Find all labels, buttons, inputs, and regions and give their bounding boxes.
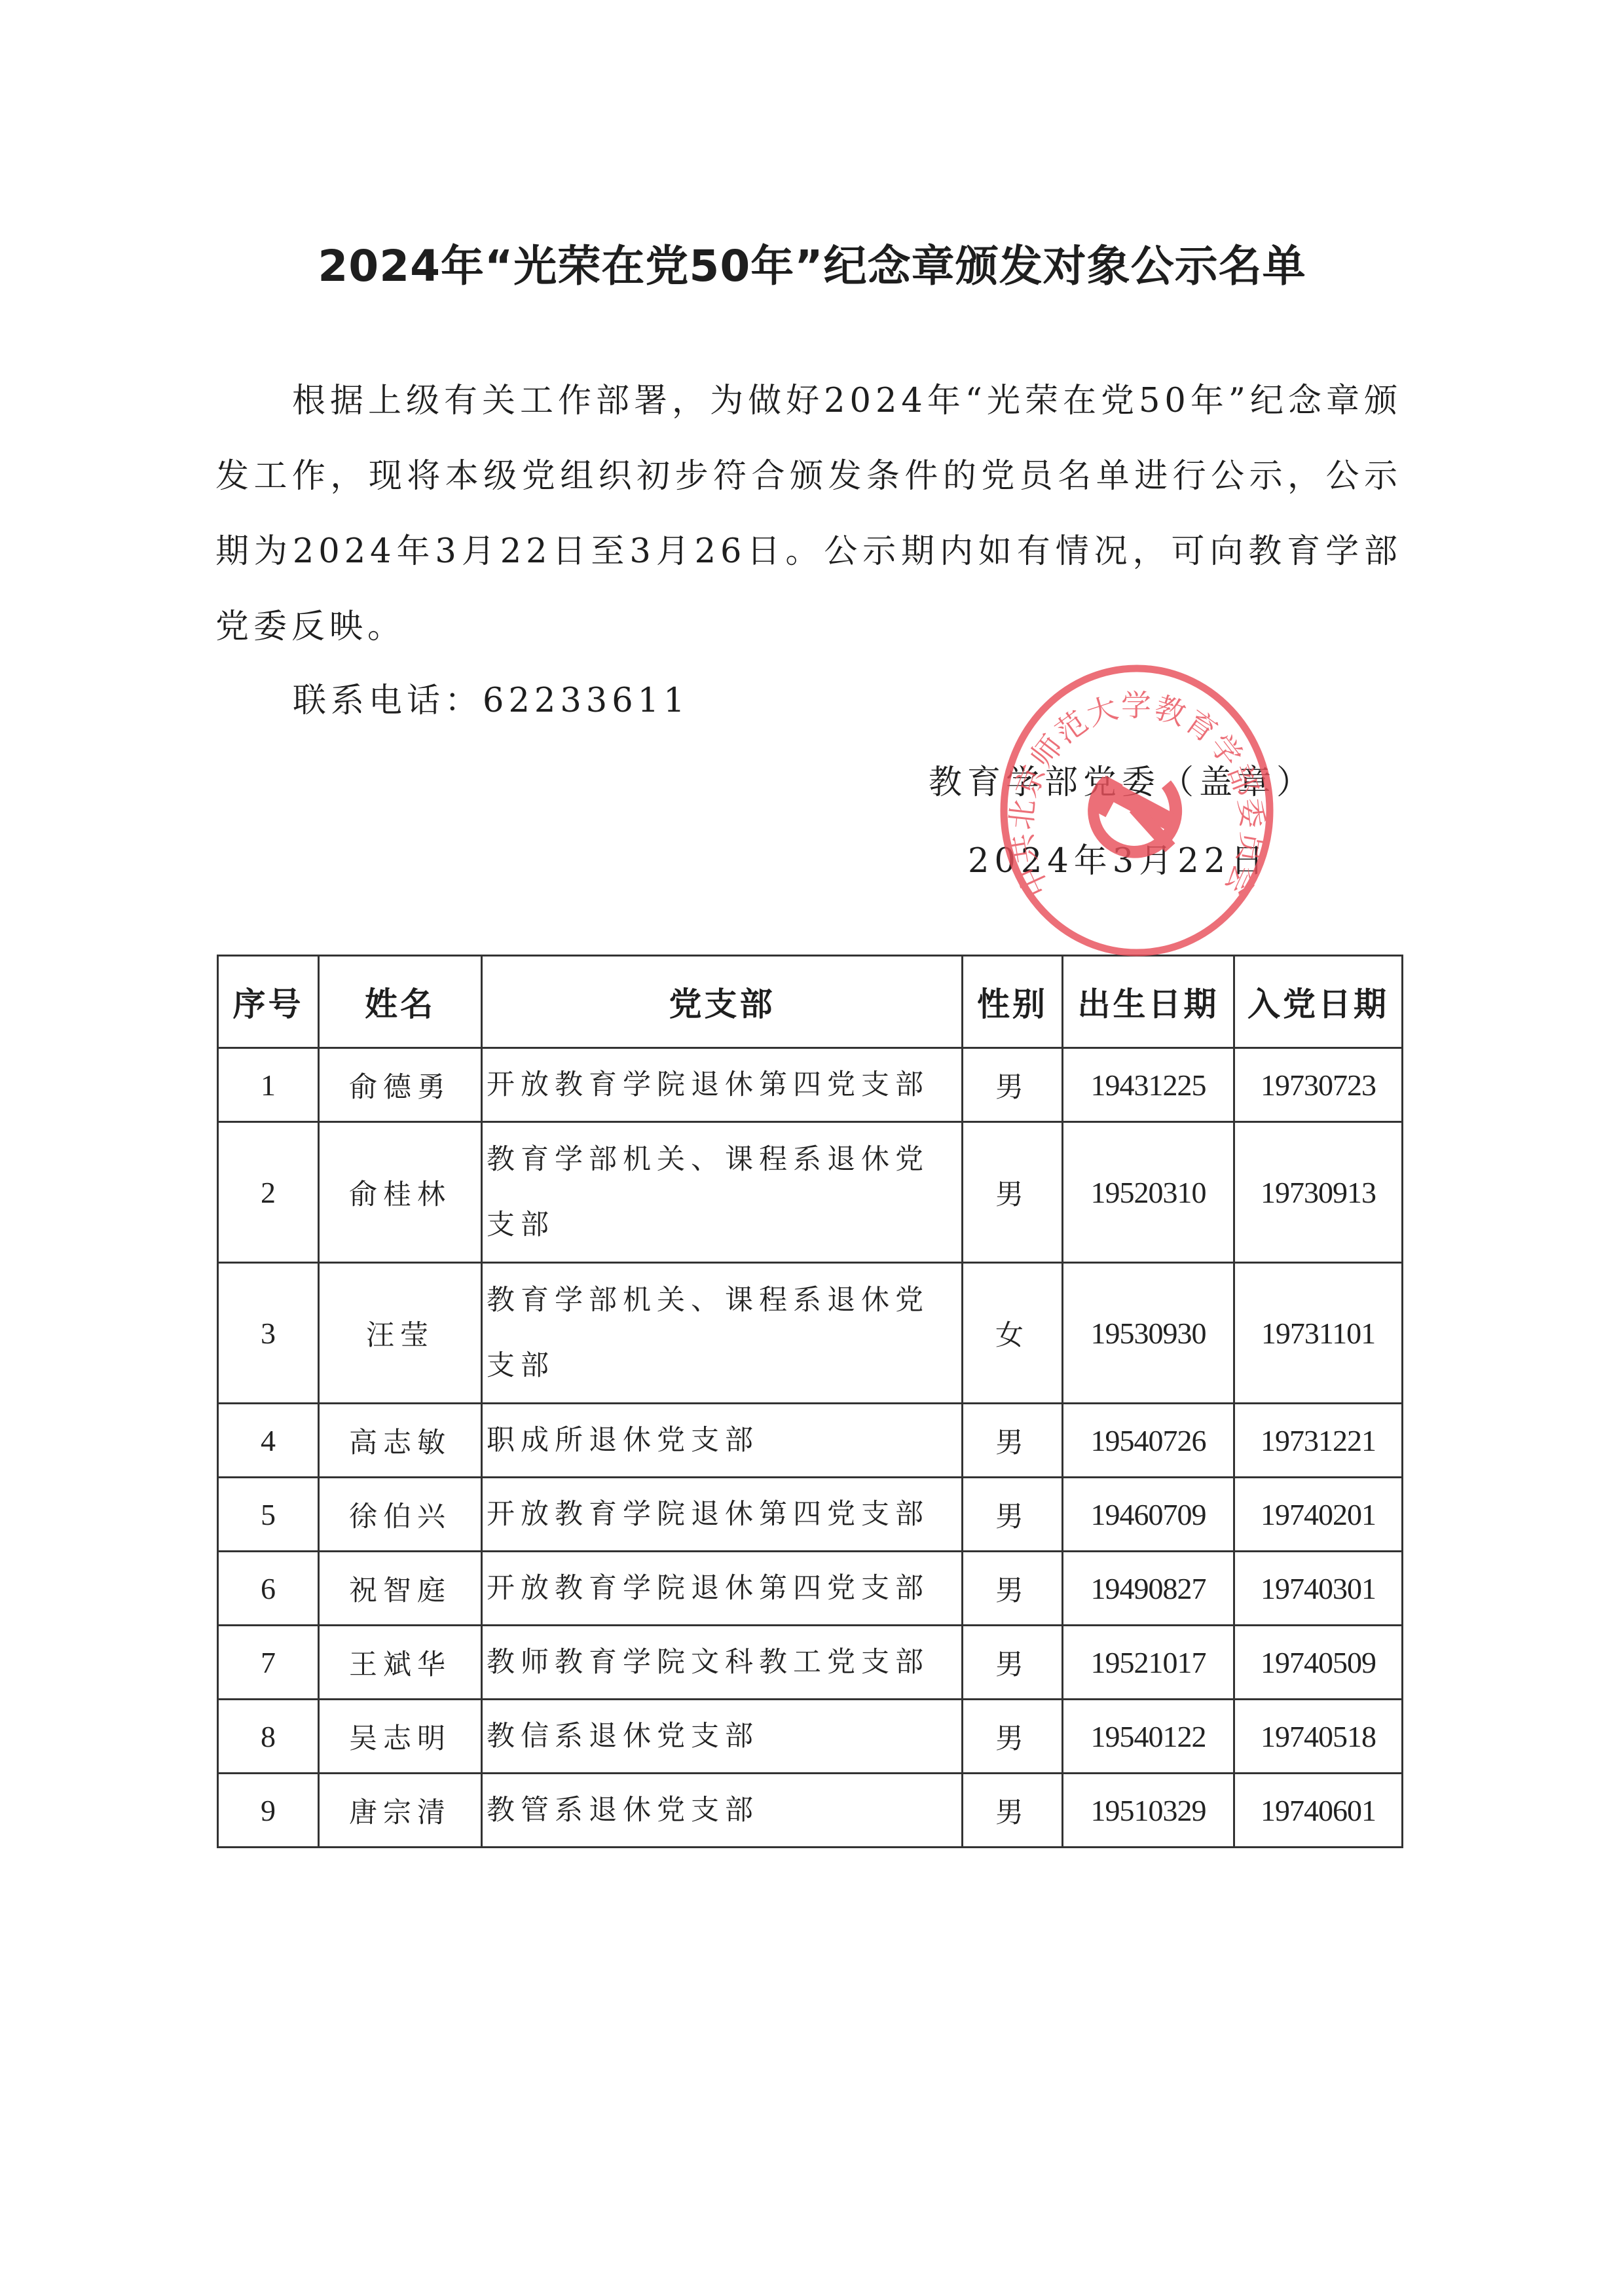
- cell-name: 高志敏: [319, 1404, 482, 1478]
- cell-join-date: 19740509: [1234, 1626, 1403, 1700]
- cell-join-date: 19731101: [1234, 1263, 1403, 1404]
- cell-index: 6: [218, 1552, 319, 1626]
- cell-index: 8: [218, 1700, 319, 1774]
- document-title: 2024年“光荣在党50年”纪念章颁发对象公示名单: [0, 237, 1624, 296]
- cell-birth-date: 19431225: [1063, 1048, 1234, 1122]
- cell-gender: 男: [963, 1626, 1063, 1700]
- cell-branch: 教育学部机关、课程系退休党支部: [482, 1122, 963, 1263]
- cell-birth-date: 19520310: [1063, 1122, 1234, 1263]
- cell-index: 7: [218, 1626, 319, 1700]
- cell-index: 2: [218, 1122, 319, 1263]
- table-row: 9 唐宗清 教管系退休党支部 男 19510329 19740601: [218, 1774, 1403, 1848]
- table-row: 6 祝智庭 开放教育学院退休第四党支部 男 19490827 19740301: [218, 1552, 1403, 1626]
- cell-name: 俞桂林: [319, 1122, 482, 1263]
- cell-name: 王斌华: [319, 1626, 482, 1700]
- cell-gender: 男: [963, 1774, 1063, 1848]
- table-row: 8 吴志明 教信系退休党支部 男 19540122 19740518: [218, 1700, 1403, 1774]
- cell-gender: 男: [963, 1700, 1063, 1774]
- signature-organization: 教育学部党委（盖章）: [929, 745, 1315, 820]
- cell-join-date: 19740601: [1234, 1774, 1403, 1848]
- cell-branch: 教育学部机关、课程系退休党支部: [482, 1263, 963, 1404]
- cell-join-date: 19731221: [1234, 1404, 1403, 1478]
- cell-gender: 男: [963, 1048, 1063, 1122]
- cell-birth-date: 19490827: [1063, 1552, 1234, 1626]
- cell-name: 徐伯兴: [319, 1478, 482, 1552]
- cell-gender: 男: [963, 1404, 1063, 1478]
- cell-index: 3: [218, 1263, 319, 1404]
- header-gender: 性别: [963, 956, 1063, 1048]
- cell-join-date: 19730913: [1234, 1122, 1403, 1263]
- cell-gender: 女: [963, 1263, 1063, 1404]
- table-row: 1 俞德勇 开放教育学院退休第四党支部 男 19431225 19730723: [218, 1048, 1403, 1122]
- table-row: 4 高志敏 职成所退休党支部 男 19540726 19731221: [218, 1404, 1403, 1478]
- cell-index: 1: [218, 1048, 319, 1122]
- cell-join-date: 19740518: [1234, 1700, 1403, 1774]
- cell-gender: 男: [963, 1552, 1063, 1626]
- header-branch: 党支部: [482, 956, 963, 1048]
- cell-birth-date: 19521017: [1063, 1626, 1234, 1700]
- cell-index: 4: [218, 1404, 319, 1478]
- table-header-row: 序号 姓名 党支部 性别 出生日期 入党日期: [218, 956, 1403, 1048]
- cell-name: 唐宗清: [319, 1774, 482, 1848]
- cell-birth-date: 19540726: [1063, 1404, 1234, 1478]
- contact-phone: 联系电话：62233611: [293, 663, 690, 738]
- roster-table: 序号 姓名 党支部 性别 出生日期 入党日期 1 俞德勇 开放教育学院退休第四党…: [217, 955, 1403, 1848]
- cell-name: 汪莹: [319, 1263, 482, 1404]
- cell-branch: 教管系退休党支部: [482, 1774, 963, 1848]
- cell-name: 吴志明: [319, 1700, 482, 1774]
- cell-name: 俞德勇: [319, 1048, 482, 1122]
- cell-join-date: 19740201: [1234, 1478, 1403, 1552]
- cell-birth-date: 19460709: [1063, 1478, 1234, 1552]
- header-name: 姓名: [319, 956, 482, 1048]
- cell-join-date: 19730723: [1234, 1048, 1403, 1122]
- cell-branch: 开放教育学院退休第四党支部: [482, 1478, 963, 1552]
- table-row: 5 徐伯兴 开放教育学院退休第四党支部 男 19460709 19740201: [218, 1478, 1403, 1552]
- cell-index: 9: [218, 1774, 319, 1848]
- header-join-date: 入党日期: [1234, 956, 1403, 1048]
- cell-branch: 开放教育学院退休第四党支部: [482, 1048, 963, 1122]
- cell-branch: 教信系退休党支部: [482, 1700, 963, 1774]
- notice-paragraph: 根据上级有关工作部署，为做好2024年“光荣在党50年”纪念章颁发工作，现将本级…: [215, 363, 1402, 665]
- cell-birth-date: 19510329: [1063, 1774, 1234, 1848]
- cell-gender: 男: [963, 1478, 1063, 1552]
- table-row: 3 汪莹 教育学部机关、课程系退休党支部 女 19530930 19731101: [218, 1263, 1403, 1404]
- cell-birth-date: 19540122: [1063, 1700, 1234, 1774]
- header-birth-date: 出生日期: [1063, 956, 1234, 1048]
- cell-branch: 职成所退休党支部: [482, 1404, 963, 1478]
- cell-gender: 男: [963, 1122, 1063, 1263]
- signature-date: 2024年3月22日: [968, 824, 1269, 899]
- table-row: 2 俞桂林 教育学部机关、课程系退休党支部 男 19520310 1973091…: [218, 1122, 1403, 1263]
- cell-name: 祝智庭: [319, 1552, 482, 1626]
- cell-branch: 开放教育学院退休第四党支部: [482, 1552, 963, 1626]
- cell-branch: 教师教育学院文科教工党支部: [482, 1626, 963, 1700]
- table-row: 7 王斌华 教师教育学院文科教工党支部 男 19521017 19740509: [218, 1626, 1403, 1700]
- cell-birth-date: 19530930: [1063, 1263, 1234, 1404]
- cell-join-date: 19740301: [1234, 1552, 1403, 1626]
- header-index: 序号: [218, 956, 319, 1048]
- cell-index: 5: [218, 1478, 319, 1552]
